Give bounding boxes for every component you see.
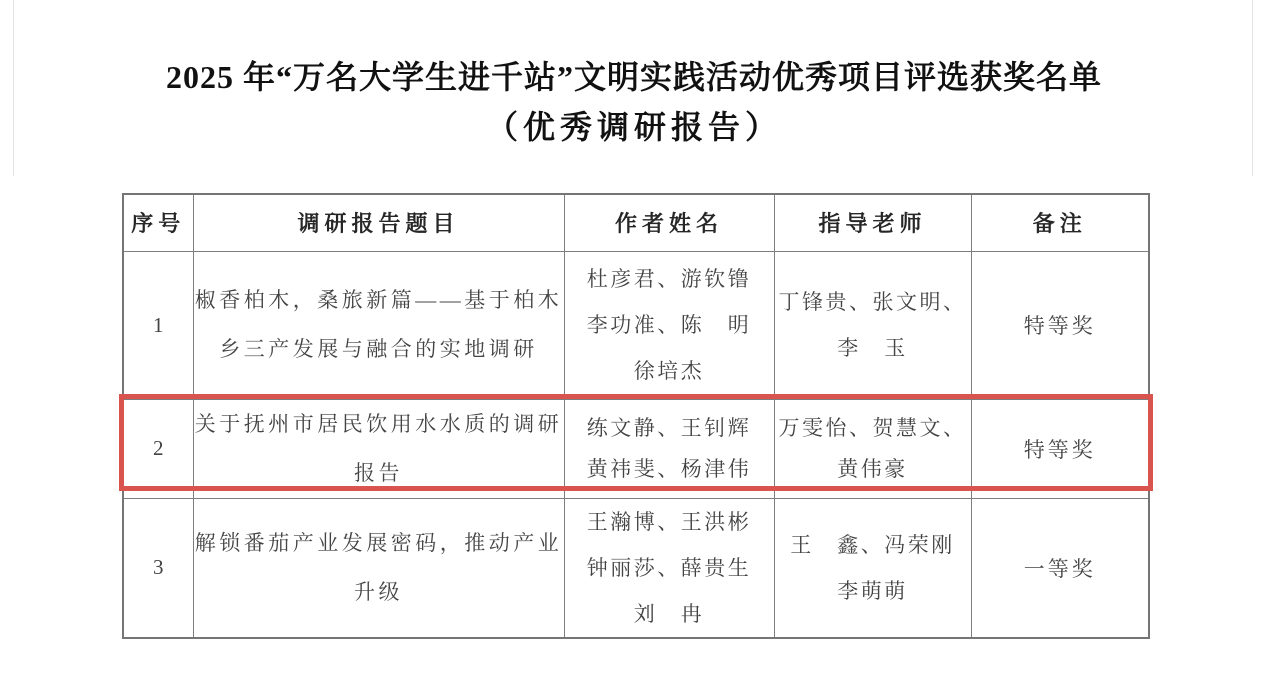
cell-index: 1 (123, 251, 193, 399)
cell-index: 3 (123, 498, 193, 638)
author-line: 徐培杰 (565, 348, 774, 394)
advisor-line: 王 鑫、冯荣刚 (775, 522, 971, 568)
cell-award: 特等奖 (971, 399, 1149, 498)
cell-advisors: 万雯怡、贺慧文、 黄伟豪 (774, 399, 971, 498)
table-row: 1 椒香柏木，桑旅新篇——基于柏木乡三产发展与融合的实地调研 杜彦君、游钦镥 李… (123, 251, 1149, 399)
header-cell-advisors: 指导老师 (774, 194, 971, 251)
cell-report-title: 解锁番茄产业发展密码，推动产业升级 (193, 498, 564, 638)
author-line: 杜彦君、游钦镥 (565, 256, 774, 302)
author-line: 黄祎斐、杨津伟 (565, 449, 774, 490)
cell-report-title: 关于抚州市居民饮用水水质的调研报告 (193, 399, 564, 498)
page-subtitle: （优秀调研报告） (0, 102, 1268, 148)
header-cell-authors: 作者姓名 (564, 194, 774, 251)
awards-table: 序号 调研报告题目 作者姓名 指导老师 备注 1 椒香柏木，桑旅新篇——基于柏木… (122, 193, 1150, 639)
author-line: 王瀚博、王洪彬 (565, 499, 774, 545)
advisor-line: 李萌萌 (775, 568, 971, 614)
header-cell-index: 序号 (123, 194, 193, 251)
cell-advisors: 王 鑫、冯荣刚 李萌萌 (774, 498, 971, 638)
cell-authors: 练文静、王钊辉 黄祎斐、杨津伟 (564, 399, 774, 498)
cell-award: 特等奖 (971, 251, 1149, 399)
cell-index: 2 (123, 399, 193, 498)
header-cell-note: 备注 (971, 194, 1149, 251)
author-line: 练文静、王钊辉 (565, 408, 774, 449)
advisor-line: 万雯怡、贺慧文、 (775, 408, 971, 449)
header-cell-report-title: 调研报告题目 (193, 194, 564, 251)
table-row: 3 解锁番茄产业发展密码，推动产业升级 王瀚博、王洪彬 钟丽莎、薛贵生 刘 冉 … (123, 498, 1149, 638)
advisor-line: 李 玉 (775, 325, 971, 371)
table-row-highlighted: 2 关于抚州市居民饮用水水质的调研报告 练文静、王钊辉 黄祎斐、杨津伟 万雯怡、… (123, 399, 1149, 498)
author-line: 李功准、陈 明 (565, 302, 774, 348)
cell-report-title: 椒香柏木，桑旅新篇——基于柏木乡三产发展与融合的实地调研 (193, 251, 564, 399)
page-title: 2025 年“万名大学生进千站”文明实践活动优秀项目评选获奖名单 (0, 52, 1268, 98)
author-line: 钟丽莎、薛贵生 (565, 545, 774, 591)
advisor-line: 黄伟豪 (775, 449, 971, 490)
cell-authors: 杜彦君、游钦镥 李功准、陈 明 徐培杰 (564, 251, 774, 399)
author-line: 刘 冉 (565, 591, 774, 637)
cell-award: 一等奖 (971, 498, 1149, 638)
advisor-line: 丁锋贵、张文明、 (775, 279, 971, 325)
cell-authors: 王瀚博、王洪彬 钟丽莎、薛贵生 刘 冉 (564, 498, 774, 638)
cell-advisors: 丁锋贵、张文明、 李 玉 (774, 251, 971, 399)
table-header-row: 序号 调研报告题目 作者姓名 指导老师 备注 (123, 194, 1149, 251)
